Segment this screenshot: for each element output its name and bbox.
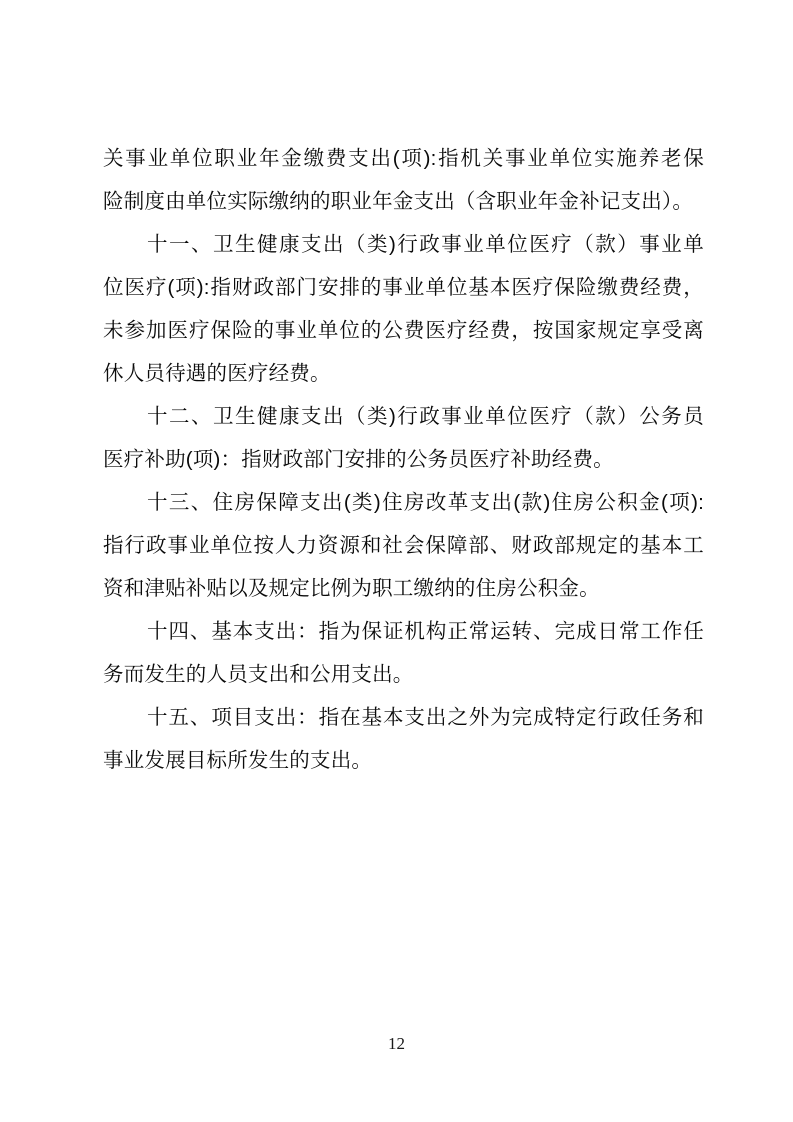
- text-line: 务而发生的人员支出和公用支出。: [103, 653, 704, 696]
- text-line: 关事业单位职业年金缴费支出(项):指机关事业单位实施养老保: [103, 137, 704, 180]
- paragraph: 十二、卫生健康支出（类)行政事业单位医疗（款）公务员 医疗补助(项)：指财政部门…: [103, 395, 704, 481]
- text-block: 关事业单位职业年金缴费支出(项):指机关事业单位实施养老保 险制度由单位实际缴纳…: [103, 137, 704, 782]
- page-footer: 12: [0, 1034, 793, 1054]
- text-line: 位医疗(项):指财政部门安排的事业单位基本医疗保险缴费经费，: [103, 266, 704, 309]
- text-line: 休人员待遇的医疗经费。: [103, 352, 704, 395]
- text-line: 十五、项目支出：指在基本支出之外为完成特定行政任务和: [103, 696, 704, 739]
- text-line: 未参加医疗保险的事业单位的公费医疗经费，按国家规定享受离: [103, 309, 704, 352]
- text-line: 十一、卫生健康支出（类)行政事业单位医疗（款）事业单: [103, 223, 704, 266]
- text-line: 事业发展目标所发生的支出。: [103, 739, 704, 782]
- paragraph: 十一、卫生健康支出（类)行政事业单位医疗（款）事业单 位医疗(项):指财政部门安…: [103, 223, 704, 395]
- text-line: 险制度由单位实际缴纳的职业年金支出（含职业年金补记支出）。: [103, 180, 704, 223]
- text-line: 医疗补助(项)：指财政部门安排的公务员医疗补助经费。: [103, 438, 704, 481]
- text-line: 十二、卫生健康支出（类)行政事业单位医疗（款）公务员: [103, 395, 704, 438]
- page-number: 12: [388, 1034, 405, 1053]
- paragraph: 十五、项目支出：指在基本支出之外为完成特定行政任务和 事业发展目标所发生的支出。: [103, 696, 704, 782]
- paragraph: 关事业单位职业年金缴费支出(项):指机关事业单位实施养老保 险制度由单位实际缴纳…: [103, 137, 704, 223]
- document-page: 关事业单位职业年金缴费支出(项):指机关事业单位实施养老保 险制度由单位实际缴纳…: [0, 0, 793, 1122]
- text-line: 十四、基本支出：指为保证机构正常运转、完成日常工作任: [103, 610, 704, 653]
- text-line: 资和津贴补贴以及规定比例为职工缴纳的住房公积金。: [103, 567, 704, 610]
- paragraph: 十四、基本支出：指为保证机构正常运转、完成日常工作任 务而发生的人员支出和公用支…: [103, 610, 704, 696]
- text-line: 十三、住房保障支出(类)住房改革支出(款)住房公积金(项):: [103, 481, 704, 524]
- text-line: 指行政事业单位按人力资源和社会保障部、财政部规定的基本工: [103, 524, 704, 567]
- paragraph: 十三、住房保障支出(类)住房改革支出(款)住房公积金(项): 指行政事业单位按人…: [103, 481, 704, 610]
